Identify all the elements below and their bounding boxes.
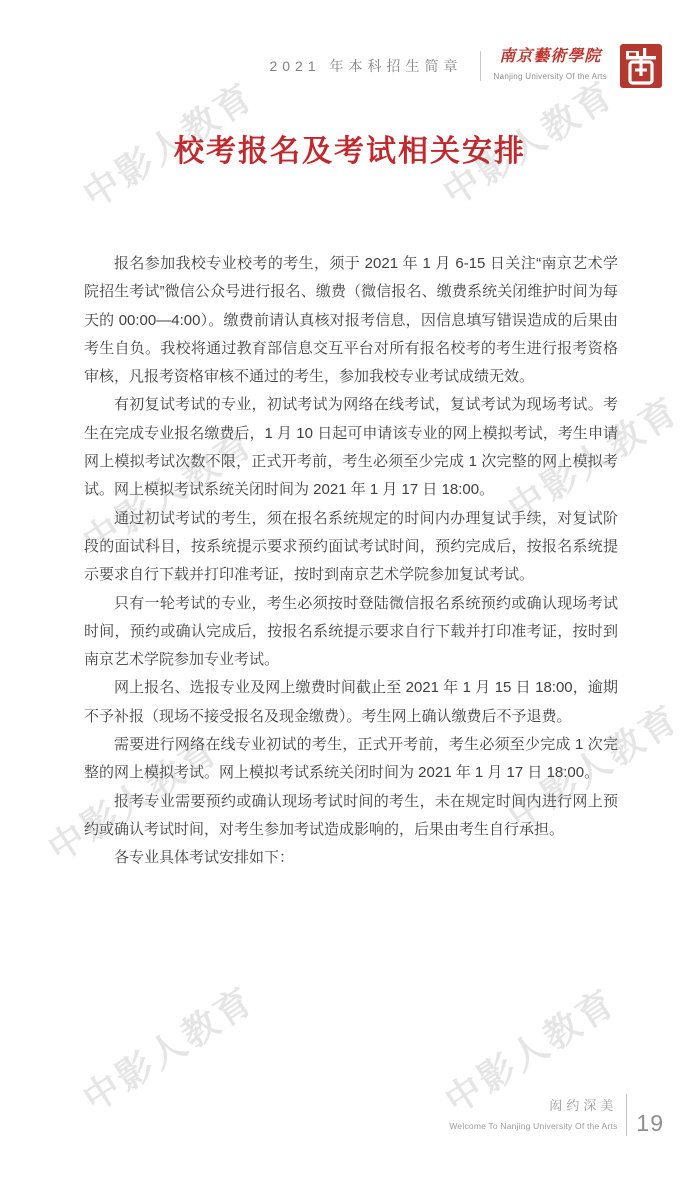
paragraph-single-round: 只有一轮考试的专业，考生必须按时登陆微信报名系统预约或确认现场考试时间，预约或确… xyxy=(84,590,618,675)
paragraph-retest-procedure: 通过初试考试的考生，须在报名系统规定的时间内办理复试手续，对复试阶段的面试科目，… xyxy=(84,505,618,590)
page-number-block: 19 xyxy=(636,1112,664,1136)
footer-divider xyxy=(626,1094,627,1136)
page-header: 2021 年本科招生简章 南京藝術學院 Nanjing University O… xyxy=(269,44,662,88)
page-footer: 闳约深美 Welcome To Nanjing University Of th… xyxy=(449,1094,664,1136)
university-seal-icon xyxy=(620,44,662,88)
page-title: 校考报名及考试相关安排 xyxy=(0,126,700,170)
footer-text: 闳约深美 Welcome To Nanjing University Of th… xyxy=(449,1097,617,1136)
university-name-en: Nanjing University Of the Arts xyxy=(494,72,607,81)
university-logo-text: 南京藝術學院 Nanjing University Of the Arts xyxy=(494,48,607,83)
paragraph-registration: 报名参加我校专业校考的考生，须于 2021 年 1 月 6-15 日关注“南京艺… xyxy=(84,250,618,391)
body-text: 报名参加我校专业校考的考生，须于 2021 年 1 月 6-15 日关注“南京艺… xyxy=(84,250,618,873)
brochure-page: 2021 年本科招生简章 南京藝術學院 Nanjing University O… xyxy=(0,0,700,1178)
page-number: 19 xyxy=(636,1110,664,1136)
footer-welcome: Welcome To Nanjing University Of the Art… xyxy=(449,1121,617,1131)
watermark: 中影人教育 xyxy=(72,973,263,1122)
brochure-title: 2021 年本科招生简章 xyxy=(269,56,462,76)
paragraph-mock-exam: 需要进行网络在线专业初试的考生，正式开考前，考生必须至少完成 1 次完整的网上模… xyxy=(84,731,618,788)
university-name-cn: 南京藝術學院 xyxy=(499,48,601,65)
header-divider xyxy=(480,51,481,81)
paragraph-deadline: 网上报名、选报专业及网上缴费时间截止至 2021 年 1 月 15 日 18:0… xyxy=(84,674,618,731)
paragraph-responsibility: 报考专业需要预约或确认现场考试时间的考生，未在规定时间内进行网上预约或确认考试时… xyxy=(84,788,618,845)
paragraph-online-exam: 有初复试考试的专业，初试考试为网络在线考试，复试考试为现场考试。考生在完成专业报… xyxy=(84,391,618,504)
paragraph-schedule-intro: 各专业具体考试安排如下： xyxy=(84,844,618,872)
school-motto: 闳约深美 xyxy=(549,1098,617,1113)
